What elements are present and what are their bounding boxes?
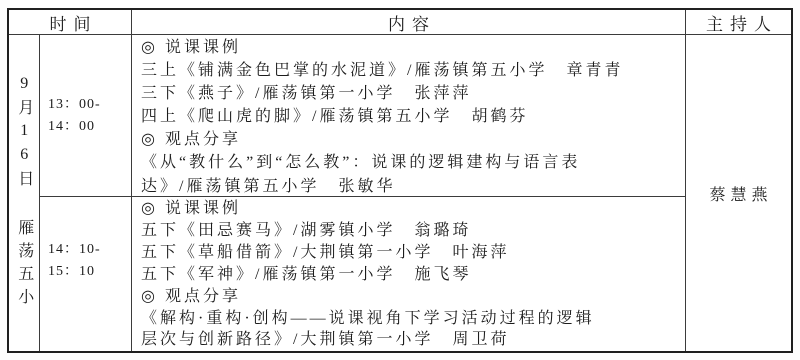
date-label: 9月16日 bbox=[15, 75, 33, 193]
content-line: ◎ 说课课例 bbox=[141, 198, 681, 220]
content-line: 达》/雁荡镇第五小学 张敏华 bbox=[141, 175, 681, 197]
date-school-cell: 9月16日 雁荡五小 bbox=[9, 35, 40, 351]
schedule-table: 时间 内容 主持人 9月16日 雁荡五小 13：00- 14：00 ◎ 说课课例… bbox=[7, 8, 793, 353]
content-line: 《从“教什么”到“怎么教”：说课的逻辑建构与语言表 bbox=[141, 151, 681, 174]
content-line: 三上《铺满金色巴掌的水泥道》/雁荡镇第五小学 章青青 bbox=[141, 59, 681, 82]
session-2-time-cell: 14：10- 15：10 bbox=[40, 197, 132, 351]
session-1-content-cell: ◎ 说课课例 三上《铺满金色巴掌的水泥道》/雁荡镇第五小学 章青青 三下《燕子》… bbox=[132, 35, 686, 197]
session-2-content-cell: ◎ 说课课例 五下《田忌赛马》/湖雾镇小学 翁璐琦 五下《草船借箭》/大荆镇第一… bbox=[132, 197, 686, 351]
header-cell-time: 时间 bbox=[9, 10, 132, 35]
content-line: ◎ 说课课例 bbox=[141, 36, 681, 59]
content-line: 五下《草船借箭》/大荆镇第一小学 叶海萍 bbox=[141, 242, 681, 264]
session-2-time-start: 14：10- bbox=[48, 239, 131, 261]
header-time-label: 时间 bbox=[43, 10, 98, 35]
content-line: 五下《军神》/雁荡镇第一小学 施飞琴 bbox=[141, 264, 681, 286]
session-2-time-end: 15：10 bbox=[48, 261, 131, 283]
header-cell-host: 主持人 bbox=[686, 10, 791, 35]
content-line: 三下《燕子》/雁荡镇第一小学 张萍萍 bbox=[141, 82, 681, 105]
content-line: ◎ 观点分享 bbox=[141, 286, 681, 308]
content-line: 层次与创新路径》/大荆镇第一小学 周卫荷 bbox=[141, 329, 681, 351]
host-cell: 蔡慧燕 bbox=[686, 35, 791, 351]
school-label: 雁荡五小 bbox=[15, 219, 33, 311]
session-1-time-start: 13：00- bbox=[48, 94, 131, 116]
content-line: ◎ 观点分享 bbox=[141, 128, 681, 151]
session-1-time-cell: 13：00- 14：00 bbox=[40, 35, 132, 197]
host-name: 蔡慧燕 bbox=[704, 182, 772, 205]
header-host-label: 主持人 bbox=[699, 10, 778, 35]
content-line: 《解构·重构·创构——说课视角下学习活动过程的逻辑 bbox=[141, 308, 681, 330]
content-line: 五下《田忌赛马》/湖雾镇小学 翁璐琦 bbox=[141, 220, 681, 242]
header-content-label: 内容 bbox=[381, 10, 436, 35]
session-1-time-end: 14：00 bbox=[48, 116, 131, 138]
header-cell-content: 内容 bbox=[132, 10, 686, 35]
content-line: 四上《爬山虎的脚》/雁荡镇第五小学 胡鹤芬 bbox=[141, 105, 681, 128]
